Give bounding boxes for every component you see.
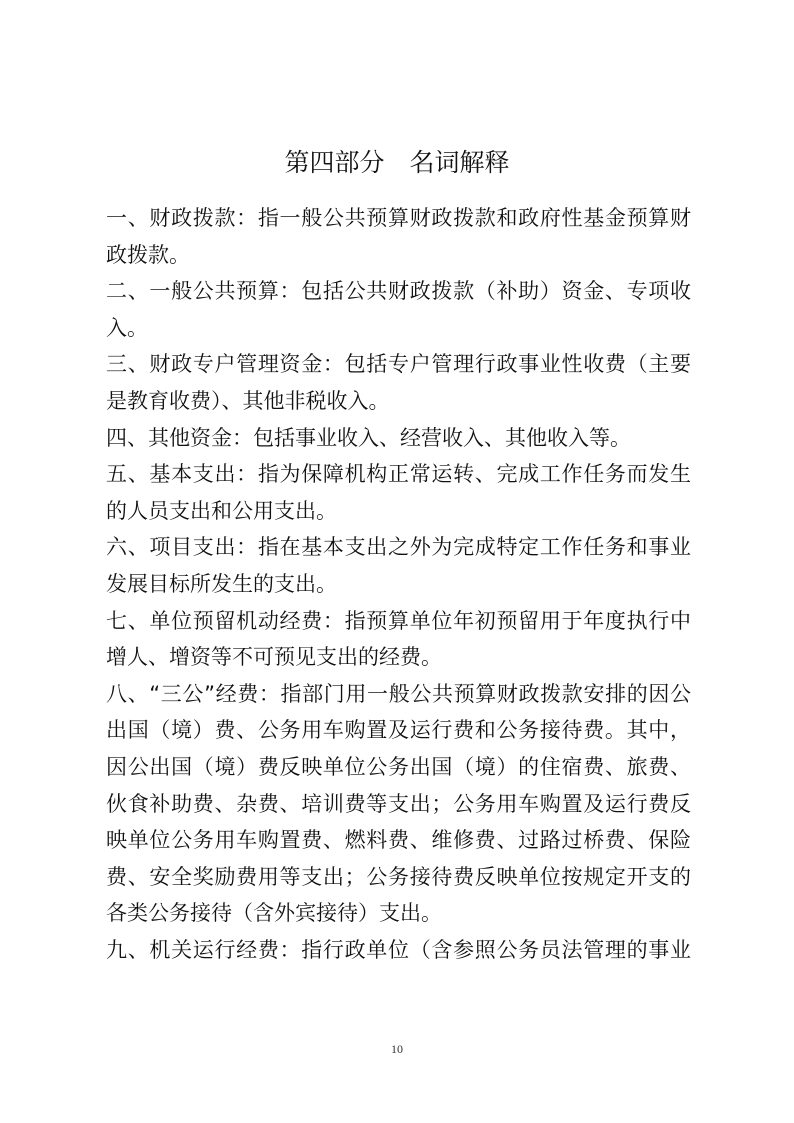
text-line: 是教育收费）、其他非税收入。 [106,383,691,420]
text-line: 伙食补助费、杂费、培训费等支出；公务用车购置及运行费反 [106,786,691,823]
text-line: 四、其他资金：包括事业收入、经营收入、其他收入等。 [106,420,691,457]
glossary-entry-2: 二、一般公共预算：包括公共财政拨款（补助）资金、专项收 入。 [106,273,706,346]
glossary-entry-1: 一、财政拨款：指一般公共预算财政拨款和政府性基金预算财 政拨款。 [106,200,706,273]
text-line: 三、财政专户管理资金：包括专户管理行政事业性收费（主要 [106,346,691,383]
glossary-entry-5: 五、基本支出：指为保障机构正常运转、完成工作任务而发生 的人员支出和公用支出。 [106,456,706,529]
text-line: 各类公务接待（含外宾接待）支出。 [106,895,691,932]
text-line: 六、项目支出：指在基本支出之外为完成特定工作任务和事业 [106,529,691,566]
glossary-entry-3: 三、财政专户管理资金：包括专户管理行政事业性收费（主要 是教育收费）、其他非税收… [106,346,706,419]
text-line: 费、安全奖励费用等支出；公务接待费反映单位按规定开支的 [106,859,691,896]
glossary-entry-8: 八、“三公”经费：指部门用一般公共预算财政拨款安排的因公 出国（境）费、公务用车… [106,676,706,932]
section-title: 第四部分 名词解释 [0,143,794,179]
text-line: 七、单位预留机动经费：指预算单位年初预留用于年度执行中 [106,603,691,640]
text-line: 八、“三公”经费：指部门用一般公共预算财政拨款安排的因公 [106,676,691,713]
glossary-entry-7: 七、单位预留机动经费：指预算单位年初预留用于年度执行中 增人、增资等不可预见支出… [106,603,706,676]
text-line: 增人、增资等不可预见支出的经费。 [106,639,691,676]
text-line: 因公出国（境）费反映单位公务出国（境）的住宿费、旅费、 [106,749,691,786]
text-line: 的人员支出和公用支出。 [106,493,691,530]
page-number: 10 [0,1042,794,1057]
glossary-body: 一、财政拨款：指一般公共预算财政拨款和政府性基金预算财 政拨款。 二、一般公共预… [106,200,706,968]
glossary-entry-6: 六、项目支出：指在基本支出之外为完成特定工作任务和事业 发展目标所发生的支出。 [106,529,706,602]
text-line: 入。 [106,310,691,347]
glossary-entry-9: 九、机关运行经费：指行政单位（含参照公务员法管理的事业 [106,932,706,969]
text-line: 政拨款。 [106,237,691,274]
text-line: 一、财政拨款：指一般公共预算财政拨款和政府性基金预算财 [106,200,691,237]
document-page: 第四部分 名词解释 一、财政拨款：指一般公共预算财政拨款和政府性基金预算财 政拨… [0,0,794,1123]
text-line: 出国（境）费、公务用车购置及运行费和公务接待费。其中， [106,712,691,749]
text-line: 映单位公务用车购置费、燃料费、维修费、过路过桥费、保险 [106,822,691,859]
text-line: 五、基本支出：指为保障机构正常运转、完成工作任务而发生 [106,456,691,493]
text-line: 二、一般公共预算：包括公共财政拨款（补助）资金、专项收 [106,273,691,310]
text-line: 发展目标所发生的支出。 [106,566,691,603]
glossary-entry-4: 四、其他资金：包括事业收入、经营收入、其他收入等。 [106,420,706,457]
text-line: 九、机关运行经费：指行政单位（含参照公务员法管理的事业 [106,932,691,969]
